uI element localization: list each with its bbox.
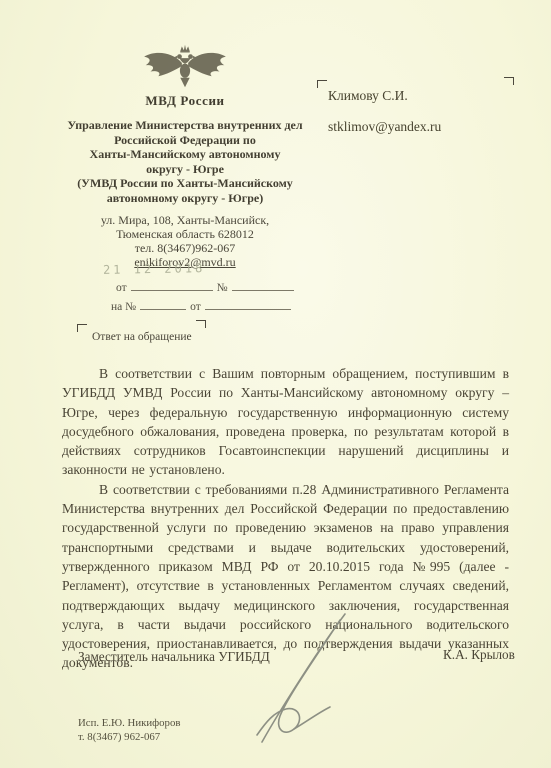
number-label: № xyxy=(217,282,228,294)
org-name-block: Управление Министерства внутренних дел Р… xyxy=(35,118,335,205)
agency-name: МВД России xyxy=(35,93,335,109)
blank-line xyxy=(232,279,294,291)
org-line: Российской Федерации по xyxy=(35,133,335,148)
org-line: Управление Министерства внутренних дел xyxy=(35,118,335,133)
on-number-label: на № xyxy=(111,301,136,313)
blank-line xyxy=(131,279,213,291)
org-line: автономному округу - Югре) xyxy=(35,191,335,206)
crown xyxy=(180,45,189,51)
executor-block: Исп. Е.Ю. Никифоров т. 8(3467) 962-067 xyxy=(78,716,180,744)
blank-line xyxy=(140,298,186,310)
date-stamp: 21 12 2018 xyxy=(103,261,205,277)
signer-position: Заместитель начальника УГИБДД xyxy=(78,649,270,665)
reference-row-outgoing: от№ xyxy=(116,279,298,294)
corner-mark xyxy=(77,324,87,332)
blank-line xyxy=(205,298,291,310)
from-label: от xyxy=(190,301,201,313)
recipient-name: Климову С.И. xyxy=(328,88,408,104)
address-line: Тюменская область 628012 xyxy=(35,227,335,241)
body-paragraph-1: В соответствии с Вашим повторным обращен… xyxy=(62,364,509,480)
reference-row-incoming: на №от xyxy=(111,298,295,313)
scanned-letter-page: МВД России Управление Министерства внутр… xyxy=(0,0,551,768)
recipient-email: stklimov@yandex.ru xyxy=(328,119,441,135)
address-line: тел. 8(3467)962-067 xyxy=(35,241,335,255)
tail xyxy=(180,78,189,87)
address-line: ул. Мира, 108, Ханты-Мансийск, xyxy=(35,213,335,227)
letterhead: МВД России Управление Министерства внутр… xyxy=(35,44,335,269)
handwritten-signature xyxy=(248,610,368,755)
org-line: Ханты-Мансийскому автономному xyxy=(35,147,335,162)
subject-line: Ответ на обращение xyxy=(92,331,192,343)
org-line: округу - Югре xyxy=(35,162,335,177)
org-line: (УМВД России по Ханты-Мансийскому xyxy=(35,176,335,191)
executor-name: Исп. Е.Ю. Никифоров xyxy=(78,716,180,730)
corner-mark xyxy=(504,77,514,85)
signer-name: К.А. Крылов xyxy=(443,647,515,663)
corner-mark xyxy=(317,80,327,88)
corner-mark xyxy=(196,320,206,328)
mvd-double-headed-eagle-icon xyxy=(35,44,335,88)
from-label: от xyxy=(116,282,127,294)
executor-phone: т. 8(3467) 962-067 xyxy=(78,730,180,744)
